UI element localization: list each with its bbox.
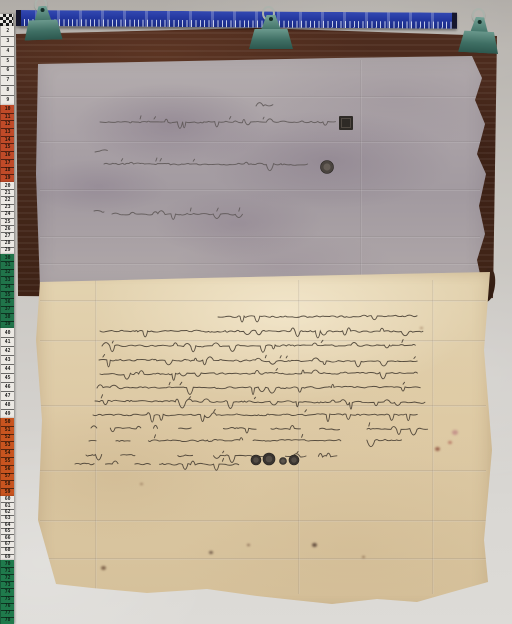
- ruler-number: 28: [5, 241, 11, 246]
- ruler-number: 13: [5, 130, 11, 135]
- ruler-number: 23: [5, 205, 11, 210]
- ruler-number: 21: [5, 190, 11, 195]
- ruler-cm-cell: 53: [1, 441, 14, 450]
- ruler-cm-cell: 16: [1, 151, 14, 160]
- ruler-cm-cell: 44: [1, 364, 14, 374]
- ruler-number: 36: [5, 300, 11, 305]
- ruler-cm-cell: 29: [1, 247, 14, 255]
- ruler-segment: 40414243444546474849: [0, 328, 14, 418]
- ruler-cm-cell: 5: [1, 56, 14, 67]
- fold-crease: [40, 263, 480, 265]
- ruler-cm-cell: 58: [1, 480, 14, 489]
- fold-crease: [40, 520, 486, 522]
- fold-crease: [40, 405, 486, 407]
- ruler-segment: 60616263646566676869: [0, 496, 14, 560]
- ruler-number: 66: [5, 535, 11, 540]
- paper-stain: [101, 566, 106, 570]
- ruler-cm-cell: 15: [1, 144, 14, 153]
- ruler-cm-cell: 6: [1, 66, 14, 77]
- ruler-number: 17: [5, 160, 11, 165]
- ruler-cm-cell: 78: [1, 617, 14, 624]
- ruler-cm-cell: 50: [1, 418, 14, 427]
- ruler-checker-scale: [0, 14, 13, 26]
- fold-crease: [40, 470, 486, 472]
- upper-manuscript-sheet: [36, 54, 486, 290]
- ruler-number: 8: [6, 88, 9, 93]
- ruler-number: 29: [5, 248, 11, 253]
- ruler-cm-cell: 48: [1, 400, 14, 410]
- ruler-number: 64: [5, 522, 11, 527]
- ruler-number: 58: [5, 482, 11, 487]
- ruler-cm-cell: 33: [1, 276, 14, 284]
- fold-crease: [298, 280, 300, 594]
- ruler-cm-cell: 68: [1, 547, 14, 554]
- ruler-number: 69: [5, 554, 11, 559]
- ruler-number: 18: [5, 168, 11, 173]
- clip-body: [458, 30, 499, 54]
- ruler-number: 51: [5, 427, 11, 432]
- measuring-tape-horizontal: [16, 10, 457, 29]
- ruler-number: 4: [6, 48, 9, 53]
- ruler-cm-cell: 63: [1, 515, 14, 522]
- ruler-number: 25: [5, 219, 11, 224]
- ruler-cm-cell: 76: [1, 603, 14, 611]
- ruler-cm-cell: 72: [1, 574, 14, 582]
- ruler-cm-cell: 17: [1, 159, 14, 168]
- ruler-cm-cell: 73: [1, 581, 14, 589]
- ruler-number: 20: [5, 183, 11, 188]
- ruler-cm-cell: 9: [1, 95, 14, 106]
- ruler-cm-cell: 62: [1, 509, 14, 516]
- ruler-cm-cell: 2: [1, 26, 14, 37]
- ruler-cm-cell: 43: [1, 355, 14, 365]
- ruler-segment: 23456789: [0, 26, 14, 105]
- ruler-number: 30: [5, 255, 11, 260]
- ruler-cm-cell: 37: [1, 306, 14, 314]
- ruler-number: 12: [5, 122, 11, 127]
- ruler-segment: 20212223242526272829: [0, 182, 14, 254]
- ruler-number: 59: [5, 490, 11, 495]
- ruler-cm-cell: 13: [1, 128, 14, 137]
- ruler-number: 48: [5, 402, 11, 407]
- ruler-cm-cell: 55: [1, 457, 14, 466]
- ruler-cm-cell: 3: [1, 36, 14, 47]
- ruler-number: 53: [5, 443, 11, 448]
- ruler-cm-cell: 66: [1, 534, 14, 541]
- ruler-number: 43: [5, 357, 11, 362]
- ruler-number: 47: [5, 393, 11, 398]
- ruler-number: 44: [5, 366, 11, 371]
- ruler-number: 39: [5, 322, 11, 327]
- ruler-cm-cell: 64: [1, 522, 14, 529]
- ruler-cm-cell: 26: [1, 225, 14, 233]
- ruler-number: 54: [5, 451, 11, 456]
- paper-stain: [435, 447, 440, 451]
- clip-body: [24, 19, 63, 41]
- ruler-cm-cell: 70: [1, 560, 14, 568]
- ruler-cm-cell: 75: [1, 596, 14, 604]
- ruler-cm-cell: 11: [1, 113, 14, 122]
- ruler-number: 57: [5, 474, 11, 479]
- ruler-number: 52: [5, 435, 11, 440]
- ruler-number: 9: [6, 98, 9, 103]
- ruler-cm-cell: 12: [1, 120, 14, 129]
- ruler-cm-cell: 18: [1, 167, 14, 176]
- ruler-cm-cell: 41: [1, 337, 14, 347]
- ruler-number: 19: [5, 176, 11, 181]
- ruler-number: 56: [5, 466, 11, 471]
- ruler-cm-cell: 35: [1, 291, 14, 299]
- ruler-number: 41: [5, 339, 11, 344]
- ruler-number: 11: [5, 114, 11, 119]
- ruler-number: 27: [5, 234, 11, 239]
- ruler-cm-cell: 71: [1, 567, 14, 575]
- measuring-ruler-vertical: 2345678910111213141516171819202122232425…: [0, 0, 13, 624]
- ruler-number: 42: [5, 348, 11, 353]
- ruler-number: 2: [6, 29, 9, 34]
- ruler-cm-cell: 49: [1, 409, 14, 419]
- ruler-number: 38: [5, 314, 11, 319]
- ruler-number: 74: [5, 590, 11, 595]
- photo-scene: 2345678910111213141516171819202122232425…: [0, 0, 512, 624]
- ruler-cm-cell: 77: [1, 610, 14, 618]
- ruler-cm-cell: 40: [1, 328, 14, 338]
- ruler-cm-cell: 69: [1, 554, 14, 561]
- ruler-cm-cell: 24: [1, 211, 14, 219]
- ruler-number: 72: [5, 575, 11, 580]
- ruler-number: 50: [5, 419, 11, 424]
- ruler-cm-cell: 4: [1, 46, 14, 57]
- fold-crease: [40, 236, 480, 238]
- ruler-number: 14: [5, 137, 11, 142]
- ruler-cm-cell: 51: [1, 426, 14, 435]
- ruler-number: 71: [5, 568, 11, 573]
- ruler-cm-cell: 57: [1, 473, 14, 482]
- ruler-cm-cell: 60: [1, 496, 14, 503]
- ruler-number: 32: [5, 270, 11, 275]
- ruler-number: 75: [5, 597, 11, 602]
- ruler-number: 40: [5, 330, 11, 335]
- ruler-segment: 707172737475767778: [0, 560, 14, 624]
- ruler-cm-cell: 52: [1, 434, 14, 443]
- ruler-number: 10: [5, 106, 11, 111]
- fold-crease: [40, 96, 480, 98]
- ruler-cm-cell: 59: [1, 488, 14, 497]
- ruler-number: 35: [5, 292, 11, 297]
- ruler-cm-cell: 7: [1, 75, 14, 86]
- ruler-number: 63: [5, 516, 11, 521]
- ruler-cm-cell: 38: [1, 313, 14, 321]
- ruler-number: 62: [5, 510, 11, 515]
- fold-crease: [40, 558, 486, 560]
- bulldog-clip-1: [249, 15, 293, 49]
- ruler-cm-cell: 47: [1, 391, 14, 401]
- ruler-cm-cell: 61: [1, 502, 14, 509]
- ruler-number: 24: [5, 212, 11, 217]
- ruler-number: 68: [5, 548, 11, 553]
- ruler-number: 26: [5, 226, 11, 231]
- ruler-number: 73: [5, 582, 11, 587]
- ruler-cm-cell: 31: [1, 261, 14, 269]
- clip-body: [249, 29, 293, 49]
- fold-crease: [95, 280, 97, 594]
- ruler-number: 16: [5, 153, 11, 158]
- fold-crease: [432, 280, 434, 594]
- ruler-segment: 50515253545556575859: [0, 418, 14, 496]
- ruler-number: 34: [5, 285, 11, 290]
- ruler-cm-cell: 46: [1, 382, 14, 392]
- ruler-cm-cell: 8: [1, 85, 14, 96]
- ruler-number: 7: [6, 78, 9, 83]
- ruler-number: 78: [5, 618, 11, 623]
- ruler-number: 31: [5, 263, 11, 268]
- ruler-cm-cell: 28: [1, 240, 14, 248]
- ruler-number: 45: [5, 375, 11, 380]
- ruler-cm-cell: 14: [1, 136, 14, 145]
- ruler-number: 3: [6, 38, 9, 43]
- ruler-cm-cell: 21: [1, 189, 14, 197]
- ruler-cm-cell: 32: [1, 269, 14, 277]
- ruler-cm-cell: 65: [1, 528, 14, 535]
- fold-crease: [40, 141, 480, 143]
- ruler-number: 67: [5, 542, 11, 547]
- clip-hole: [269, 17, 273, 21]
- ruler-cm-cell: 25: [1, 218, 14, 226]
- ruler-number: 65: [5, 529, 11, 534]
- ruler-number: 33: [5, 277, 11, 282]
- ruler-cm-cell: 36: [1, 298, 14, 306]
- paper-stain: [452, 430, 458, 435]
- ruler-number: 5: [6, 58, 9, 63]
- ruler-number: 46: [5, 384, 11, 389]
- ruler-cm-cell: 56: [1, 465, 14, 474]
- ruler-number: 70: [5, 561, 11, 566]
- ruler-cm-cell: 74: [1, 588, 14, 596]
- fold-crease: [360, 60, 362, 286]
- ruler-number: 15: [5, 145, 11, 150]
- ruler-number: 77: [5, 611, 11, 616]
- ruler-number: 6: [6, 68, 9, 73]
- fold-crease: [40, 300, 486, 302]
- ruler-cm-cell: 45: [1, 373, 14, 383]
- ruler-cm-cell: 39: [1, 321, 14, 329]
- ruler-number: 22: [5, 198, 11, 203]
- ruler-cm-cell: 20: [1, 182, 14, 190]
- bulldog-clip-2: [458, 16, 500, 54]
- ruler-number: 61: [5, 503, 11, 508]
- ruler-cm-cell: 27: [1, 232, 14, 240]
- ruler-cm-cell: 54: [1, 449, 14, 458]
- ruler-cm-cell: 23: [1, 204, 14, 212]
- ruler-number: 76: [5, 604, 11, 609]
- ruler-number: 37: [5, 307, 11, 312]
- ruler-number: 49: [5, 411, 11, 416]
- bulldog-clip-0: [23, 5, 62, 40]
- ruler-cm-cell: 67: [1, 541, 14, 548]
- ruler-number: 60: [5, 497, 11, 502]
- paper-stain: [312, 543, 317, 547]
- ruler-cm-cell: 42: [1, 346, 14, 356]
- ruler-cm-cell: 30: [1, 254, 14, 262]
- ruler-segment: 10111213141516171819: [0, 105, 14, 182]
- ruler-cm-cell: 19: [1, 174, 14, 183]
- ruler-segment: 30313233343536373839: [0, 254, 14, 328]
- lower-manuscript-sheet: [32, 270, 494, 610]
- fold-crease: [40, 340, 486, 342]
- ruler-number: 55: [5, 458, 11, 463]
- ruler-cm-cell: 10: [1, 105, 14, 114]
- fold-crease: [40, 189, 480, 191]
- ruler-cm-cell: 22: [1, 196, 14, 204]
- ruler-cm-cell: 34: [1, 284, 14, 292]
